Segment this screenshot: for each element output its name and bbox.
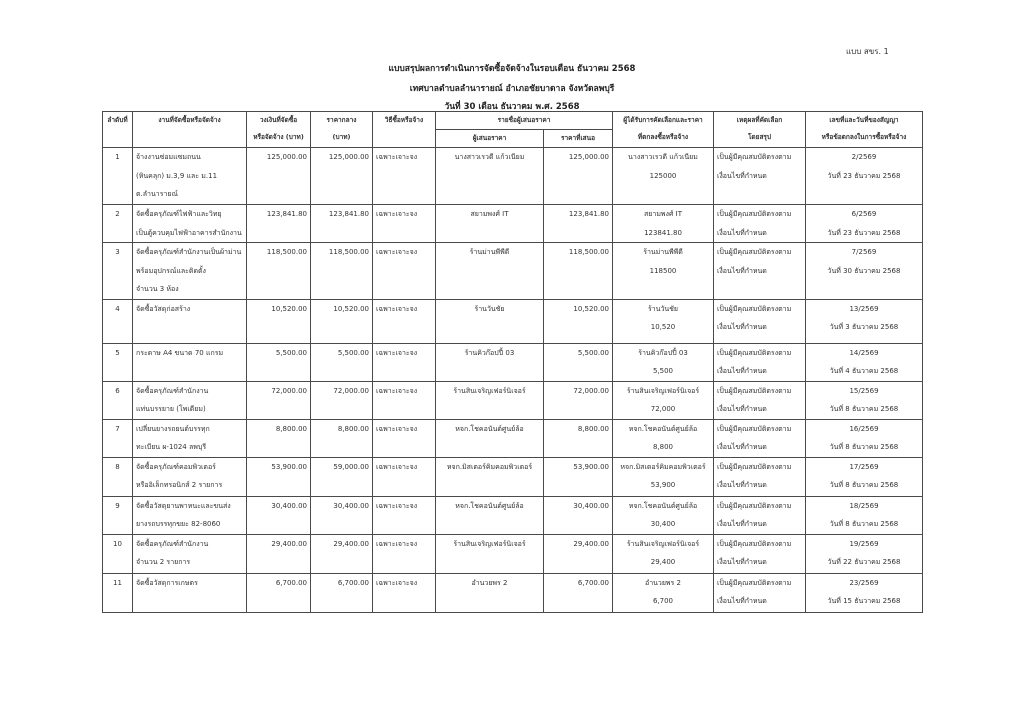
selected-vendor: สยามพงศ์ IT123841.80 xyxy=(613,205,714,243)
selection-reason: เป็นผู้มีคุณสมบัติตรงตามเงื่อนไขที่กำหนด xyxy=(714,343,806,381)
median-price: 29,400.00 xyxy=(311,534,373,573)
organization-name: เทศบาลตำบลลำนารายณ์ อำเภอชัยบาดาล จังหวั… xyxy=(0,81,1024,95)
procurement-method: เฉพาะเจาะจง xyxy=(373,573,436,612)
procurement-method: เฉพาะเจาะจง xyxy=(373,534,436,573)
selected-vendor: หจก.โชคอนันต์ศูนย์ล้อ8,800 xyxy=(613,419,714,457)
bidder-name: อำนวยพร 2 xyxy=(436,573,544,612)
selection-reason: เป็นผู้มีคุณสมบัติตรงตามเงื่อนไขที่กำหนด xyxy=(714,573,806,612)
procurement-method: เฉพาะเจาะจง xyxy=(373,148,436,205)
median-price: 72,000.00 xyxy=(311,381,373,419)
row-number: 11 xyxy=(103,573,133,612)
table-row: 11จัดซื้อวัสดุการเกษตร6,700.006,700.00เฉ… xyxy=(103,573,923,612)
contract-reference: 2/2569วันที่ 23 ธันวาคม 2568 xyxy=(806,148,923,205)
contract-reference: 15/2569วันที่ 8 ธันวาคม 2568 xyxy=(806,381,923,419)
bid-price: 30,400.00 xyxy=(544,496,613,534)
bidder-name: สยามพงศ์ IT xyxy=(436,205,544,243)
bidder-name: ร้านวันชัย xyxy=(436,299,544,343)
col-header-budget: วงเงินที่จัดซื้อหรือจัดจ้าง (บาท) xyxy=(247,112,311,148)
procurement-method: เฉพาะเจาะจง xyxy=(373,343,436,381)
median-price: 123,841.80 xyxy=(311,205,373,243)
item-description: จ้างงานซ่อมแซมถนน(หินคลุก) ม.3,9 และ ม.1… xyxy=(133,148,247,205)
median-price: 118,500.00 xyxy=(311,243,373,300)
procurement-method: เฉพาะเจาะจง xyxy=(373,243,436,300)
row-number: 3 xyxy=(103,243,133,300)
selected-vendor: หจก.มิสเตอร์คิมคอมพิวเตอร์53,900 xyxy=(613,457,714,496)
item-description: จัดซื้อครุภัณฑ์สำนักงานแท่นบรรยาย (โพเดี… xyxy=(133,381,247,419)
bid-price: 72,000.00 xyxy=(544,381,613,419)
table-row: 3จัดซื้อครุภัณฑ์สำนักงานเป็นผ้าม่านพร้อม… xyxy=(103,243,923,300)
procurement-table: ลำดับที่ งานที่จัดซื้อหรือจัดจ้าง วงเงิน… xyxy=(102,111,923,613)
bid-price: 8,800.00 xyxy=(544,419,613,457)
contract-reference: 14/2569วันที่ 4 ธันวาคม 2568 xyxy=(806,343,923,381)
median-price: 10,520.00 xyxy=(311,299,373,343)
contract-reference: 18/2569วันที่ 8 ธันวาคม 2568 xyxy=(806,496,923,534)
item-description: จัดซื้อครุภัณฑ์ไฟฟ้าและวิทยุเป็นตู้ควบคุ… xyxy=(133,205,247,243)
budget-amount: 123,841.80 xyxy=(247,205,311,243)
bid-price: 118,500.00 xyxy=(544,243,613,300)
table-row: 4จัดซื้อวัสดุก่อสร้าง10,520.0010,520.00เ… xyxy=(103,299,923,343)
row-number: 6 xyxy=(103,381,133,419)
procurement-method: เฉพาะเจาะจง xyxy=(373,205,436,243)
budget-amount: 125,000.00 xyxy=(247,148,311,205)
procurement-method: เฉพาะเจาะจง xyxy=(373,457,436,496)
document-title: แบบสรุปผลการดำเนินการจัดซื้อจัดจ้างในรอบ… xyxy=(0,61,1024,75)
budget-amount: 29,400.00 xyxy=(247,534,311,573)
contract-reference: 7/2569วันที่ 30 ธันวาคม 2568 xyxy=(806,243,923,300)
col-header-bidders-group: รายชื่อผู้เสนอราคา xyxy=(436,112,613,130)
budget-amount: 5,500.00 xyxy=(247,343,311,381)
table-row: 7เปลี่ยนยางรถยนต์บรรทุกทะเบียน ผ-1024 ลพ… xyxy=(103,419,923,457)
col-header-bid-price: ราคาที่เสนอ xyxy=(544,130,613,148)
median-price: 125,000.00 xyxy=(311,148,373,205)
item-description: จัดซื้อวัสดุก่อสร้าง xyxy=(133,299,247,343)
table-row: 8จัดซื้อครุภัณฑ์คอมพิวเตอร์หรืออิเล็กทรอ… xyxy=(103,457,923,496)
contract-reference: 6/2569วันที่ 23 ธันวาคม 2568 xyxy=(806,205,923,243)
table-row: 9จัดซื้อวัสดุยานพาหนะและขนส่งยางรถบรรทุก… xyxy=(103,496,923,534)
budget-amount: 72,000.00 xyxy=(247,381,311,419)
contract-reference: 16/2569วันที่ 8 ธันวาคม 2568 xyxy=(806,419,923,457)
table-row: 1จ้างงานซ่อมแซมถนน(หินคลุก) ม.3,9 และ ม.… xyxy=(103,148,923,205)
budget-amount: 6,700.00 xyxy=(247,573,311,612)
selection-reason: เป็นผู้มีคุณสมบัติตรงตามเงื่อนไขที่กำหนด xyxy=(714,381,806,419)
table-row: 10จัดซื้อครุภัณฑ์สำนักงานจำนวน 2 รายการ2… xyxy=(103,534,923,573)
selected-vendor: ร้านม่านพีพีดี118500 xyxy=(613,243,714,300)
col-header-item: งานที่จัดซื้อหรือจัดจ้าง xyxy=(133,112,247,148)
row-number: 5 xyxy=(103,343,133,381)
median-price: 5,500.00 xyxy=(311,343,373,381)
row-number: 10 xyxy=(103,534,133,573)
item-description: จัดซื้อวัสดุการเกษตร xyxy=(133,573,247,612)
bid-price: 5,500.00 xyxy=(544,343,613,381)
median-price: 30,400.00 xyxy=(311,496,373,534)
col-header-median-price: ราคากลาง(บาท) xyxy=(311,112,373,148)
bid-price: 53,900.00 xyxy=(544,457,613,496)
budget-amount: 53,900.00 xyxy=(247,457,311,496)
selected-vendor: หจก.โชคอนันต์ศูนย์ล้อ30,400 xyxy=(613,496,714,534)
bid-price: 125,000.00 xyxy=(544,148,613,205)
bid-price: 29,400.00 xyxy=(544,534,613,573)
col-header-bidder: ผู้เสนอราคา xyxy=(436,130,544,148)
selected-vendor: นางสาวเรวดี แก้วเนียม125000 xyxy=(613,148,714,205)
table-row: 6จัดซื้อครุภัณฑ์สำนักงานแท่นบรรยาย (โพเด… xyxy=(103,381,923,419)
contract-reference: 23/2569วันที่ 15 ธันวาคม 2568 xyxy=(806,573,923,612)
selection-reason: เป็นผู้มีคุณสมบัติตรงตามเงื่อนไขที่กำหนด xyxy=(714,148,806,205)
median-price: 8,800.00 xyxy=(311,419,373,457)
selected-vendor: ร้านคิวก๊อปปี้ 035,500 xyxy=(613,343,714,381)
row-number: 9 xyxy=(103,496,133,534)
contract-reference: 13/2569วันที่ 3 ธันวาคม 2568 xyxy=(806,299,923,343)
selected-vendor: อำนวยพร 26,700 xyxy=(613,573,714,612)
procurement-method: เฉพาะเจาะจง xyxy=(373,496,436,534)
selection-reason: เป็นผู้มีคุณสมบัติตรงตามเงื่อนไขที่กำหนด xyxy=(714,496,806,534)
col-header-winner: ผู้ได้รับการคัดเลือกและราคาที่ตกลงซื้อหร… xyxy=(613,112,714,148)
item-description: จัดซื้อครุภัณฑ์สำนักงานจำนวน 2 รายการ xyxy=(133,534,247,573)
table-row: 2จัดซื้อครุภัณฑ์ไฟฟ้าและวิทยุเป็นตู้ควบค… xyxy=(103,205,923,243)
selection-reason: เป็นผู้มีคุณสมบัติตรงตามเงื่อนไขที่กำหนด xyxy=(714,534,806,573)
procurement-method: เฉพาะเจาะจง xyxy=(373,381,436,419)
procurement-method: เฉพาะเจาะจง xyxy=(373,419,436,457)
bidder-name: ร้านสินเจริญเฟอร์นิเจอร์ xyxy=(436,534,544,573)
selected-vendor: ร้านวันชัย10,520 xyxy=(613,299,714,343)
col-header-no: ลำดับที่ xyxy=(103,112,133,148)
selection-reason: เป็นผู้มีคุณสมบัติตรงตามเงื่อนไขที่กำหนด xyxy=(714,419,806,457)
row-number: 8 xyxy=(103,457,133,496)
median-price: 6,700.00 xyxy=(311,573,373,612)
contract-reference: 19/2569วันที่ 22 ธันวาคม 2568 xyxy=(806,534,923,573)
bidder-name: หจก.โชคอนันต์ศูนย์ล้อ xyxy=(436,419,544,457)
procurement-method: เฉพาะเจาะจง xyxy=(373,299,436,343)
selection-reason: เป็นผู้มีคุณสมบัติตรงตามเงื่อนไขที่กำหนด xyxy=(714,299,806,343)
row-number: 2 xyxy=(103,205,133,243)
budget-amount: 30,400.00 xyxy=(247,496,311,534)
item-description: เปลี่ยนยางรถยนต์บรรทุกทะเบียน ผ-1024 ลพบ… xyxy=(133,419,247,457)
item-description: จัดซื้อวัสดุยานพาหนะและขนส่งยางรถบรรทุกข… xyxy=(133,496,247,534)
selection-reason: เป็นผู้มีคุณสมบัติตรงตามเงื่อนไขที่กำหนด xyxy=(714,205,806,243)
median-price: 59,000.00 xyxy=(311,457,373,496)
item-description: กระดาษ A4 ขนาด 70 แกรม xyxy=(133,343,247,381)
bid-price: 6,700.00 xyxy=(544,573,613,612)
bidder-name: หจก.มิสเตอร์คิมคอมพิวเตอร์ xyxy=(436,457,544,496)
bidder-name: นางสาวเรวดี แก้วเนียม xyxy=(436,148,544,205)
budget-amount: 10,520.00 xyxy=(247,299,311,343)
contract-reference: 17/2569วันที่ 8 ธันวาคม 2568 xyxy=(806,457,923,496)
bidder-name: ร้านสินเจริญเฟอร์นิเจอร์ xyxy=(436,381,544,419)
table-row: 5กระดาษ A4 ขนาด 70 แกรม5,500.005,500.00เ… xyxy=(103,343,923,381)
row-number: 7 xyxy=(103,419,133,457)
bidder-name: ร้านคิวก๊อปปี้ 03 xyxy=(436,343,544,381)
form-code: แบบ สขร. 1 xyxy=(846,45,889,58)
bid-price: 123,841.80 xyxy=(544,205,613,243)
selection-reason: เป็นผู้มีคุณสมบัติตรงตามเงื่อนไขที่กำหนด xyxy=(714,457,806,496)
selection-reason: เป็นผู้มีคุณสมบัติตรงตามเงื่อนไขที่กำหนด xyxy=(714,243,806,300)
row-number: 4 xyxy=(103,299,133,343)
bid-price: 10,520.00 xyxy=(544,299,613,343)
selected-vendor: ร้านสินเจริญเฟอร์นิเจอร์29,400 xyxy=(613,534,714,573)
row-number: 1 xyxy=(103,148,133,205)
selected-vendor: ร้านสินเจริญเฟอร์นิเจอร์72,000 xyxy=(613,381,714,419)
bidder-name: ร้านม่านพีพีดี xyxy=(436,243,544,300)
budget-amount: 8,800.00 xyxy=(247,419,311,457)
bidder-name: หจก.โชคอนันต์ศูนย์ล้อ xyxy=(436,496,544,534)
col-header-contract: เลขที่และวันที่ของสัญญาหรือข้อตกลงในการซ… xyxy=(806,112,923,148)
item-description: จัดซื้อครุภัณฑ์สำนักงานเป็นผ้าม่านพร้อมอ… xyxy=(133,243,247,300)
item-description: จัดซื้อครุภัณฑ์คอมพิวเตอร์หรืออิเล็กทรอน… xyxy=(133,457,247,496)
budget-amount: 118,500.00 xyxy=(247,243,311,300)
col-header-method: วิธีซื้อหรือจ้าง xyxy=(373,112,436,148)
col-header-reason: เหตุผลที่คัดเลือกโดยสรุป xyxy=(714,112,806,148)
